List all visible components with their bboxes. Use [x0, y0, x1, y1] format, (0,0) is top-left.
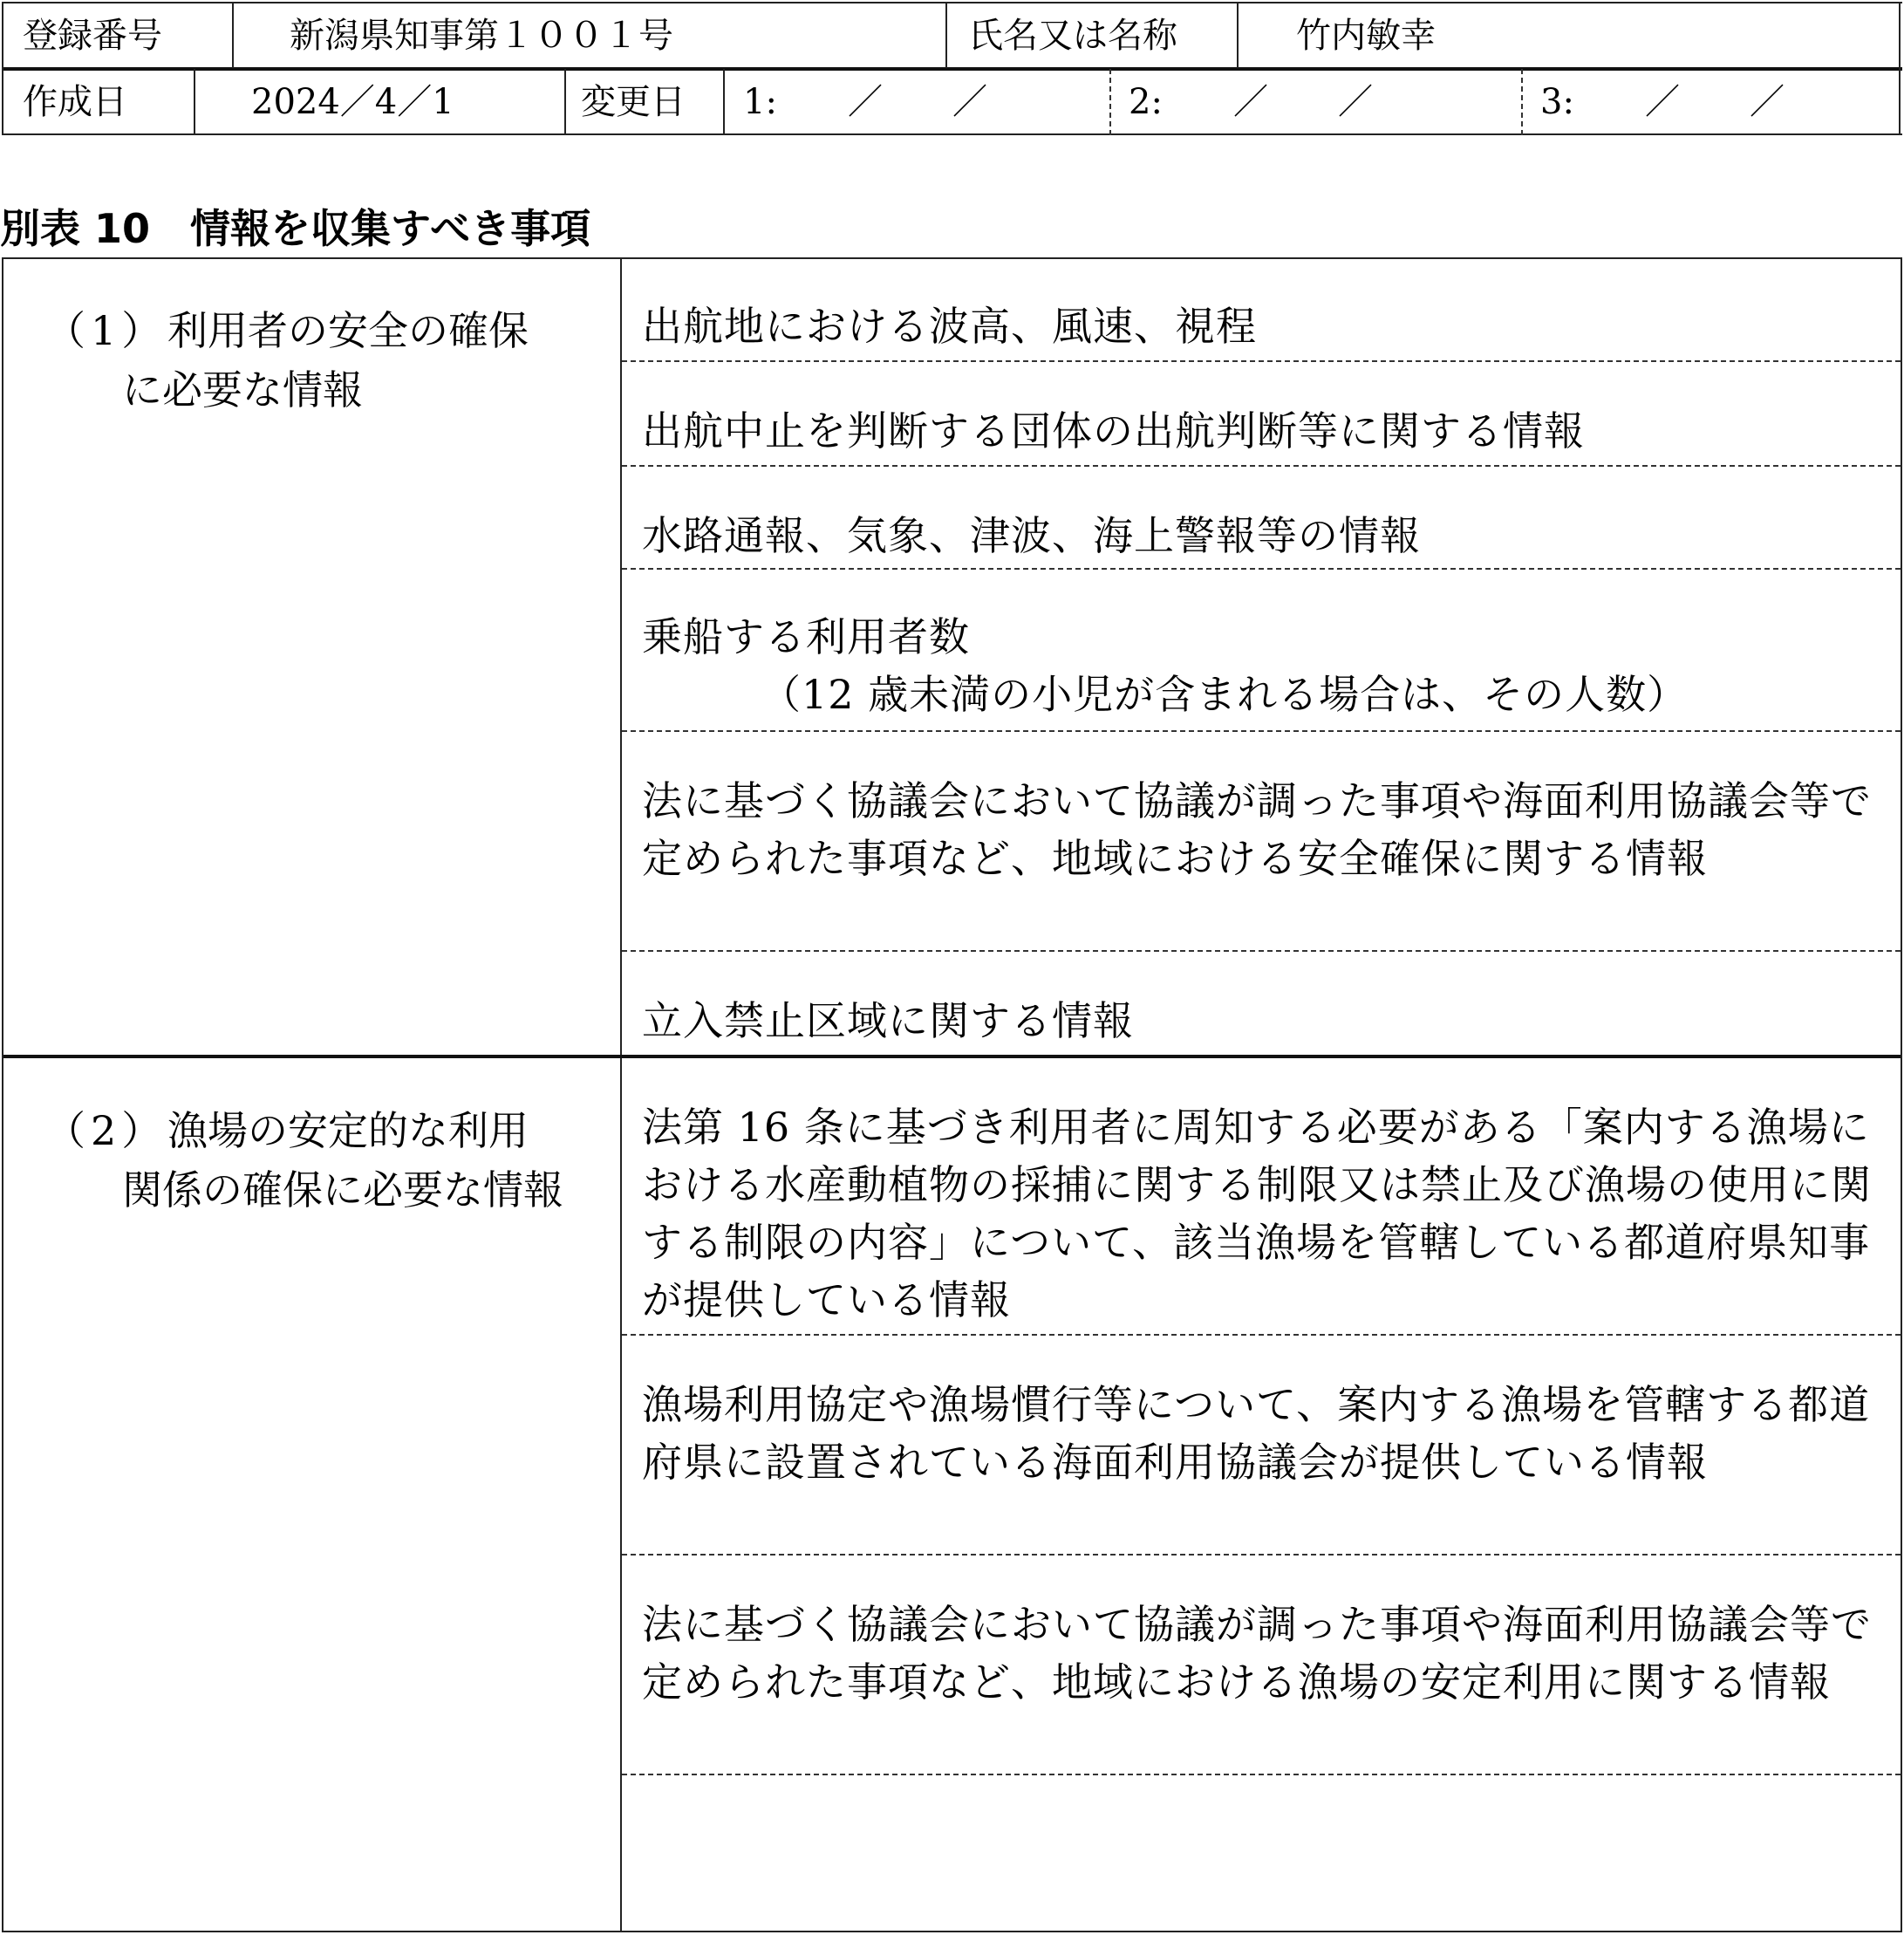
list-item-subtext: （12 歳未満の小児が含まれる場合は、その人数） [642, 666, 1898, 723]
list-item: 立入禁止区域に関する情報 [642, 992, 1898, 1050]
list-item: 出航地における波高、風速、視程 [642, 297, 1898, 355]
change-2-index: 2: [1129, 70, 1163, 134]
created-date-label: 作成日 [23, 70, 127, 134]
changed-date-label: 変更日 [581, 70, 686, 134]
border [945, 2, 947, 68]
list-item-text: 乗船する利用者数 [642, 613, 970, 660]
item-divider [622, 360, 1901, 362]
item-divider [622, 730, 1901, 732]
section-1-category-rest: に必要な情報 [45, 360, 604, 420]
item-divider [622, 465, 1901, 467]
registration-header-table: 登録番号 新潟県知事第１００１号 氏名又は名称 竹内敏幸 作成日 2024／4／… [2, 2, 1902, 135]
information-items-table: （1）利用者の安全の確保 に必要な情報 出航地における波高、風速、視程 出航中止… [2, 257, 1902, 1932]
border [194, 69, 195, 135]
border [564, 69, 566, 135]
item-divider [622, 568, 1901, 570]
section-divider [3, 1055, 1901, 1058]
border [1237, 2, 1239, 68]
item-divider [622, 1334, 1901, 1336]
section-2-category-rest: 関係の確保に必要な情報 [45, 1160, 604, 1220]
registration-number-value: 新潟県知事第１００１号 [290, 3, 673, 68]
border [1521, 69, 1523, 135]
section-1-category-line1: 利用者の安全の確保 [167, 307, 529, 354]
list-item: 法に基づく協議会において協議が調った事項や海面利用協議会等で定められた事項など、… [642, 1596, 1898, 1711]
item-divider [622, 1554, 1901, 1556]
border [2, 2, 3, 135]
list-item: 乗船する利用者数 （12 歳未満の小児が含まれる場合は、その人数） [642, 608, 1898, 723]
column-divider [620, 259, 622, 1931]
border [1899, 2, 1901, 135]
list-item: 水路通報、気象、津波、海上警報等の情報 [642, 507, 1898, 564]
change-2-date: ／ ／ [1233, 70, 1390, 134]
list-item: 法第 16 条に基づき利用者に周知する必要がある「案内する漁場における水産動植物… [642, 1098, 1898, 1329]
change-1-date: ／ ／ [848, 70, 1005, 134]
border [723, 69, 725, 135]
list-item: 出航中止を判断する団体の出航判断等に関する情報 [642, 402, 1898, 460]
created-date-value: 2024／4／1 [251, 70, 454, 134]
name-label: 氏名又は名称 [968, 3, 1177, 68]
change-3-date: ／ ／ [1645, 70, 1802, 134]
item-divider [622, 1774, 1901, 1775]
name-value: 竹内敏幸 [1296, 3, 1436, 68]
section-2-category: （2）漁場の安定的な利用 関係の確保に必要な情報 [45, 1101, 604, 1220]
change-3-index: 3: [1540, 70, 1574, 134]
section-2-number: （2） [45, 1101, 167, 1160]
registration-number-label: 登録番号 [23, 3, 162, 68]
section-2-category-line1: 漁場の安定的な利用 [167, 1107, 529, 1154]
section-1-category: （1）利用者の安全の確保 に必要な情報 [45, 301, 604, 420]
list-item: 漁場利用協定や漁場慣行等について、案内する漁場を管轄する都道府県に設置されている… [642, 1376, 1898, 1491]
change-1-index: 1: [743, 70, 777, 134]
item-divider [622, 950, 1901, 952]
page-title: 別表 10 情報を収集すべき事項 [0, 202, 590, 255]
border [1109, 69, 1111, 135]
list-item: 法に基づく協議会において協議が調った事項や海面利用協議会等で定められた事項など、… [642, 772, 1898, 887]
border [2, 2, 1902, 3]
section-1-number: （1） [45, 301, 167, 360]
border [232, 2, 234, 68]
